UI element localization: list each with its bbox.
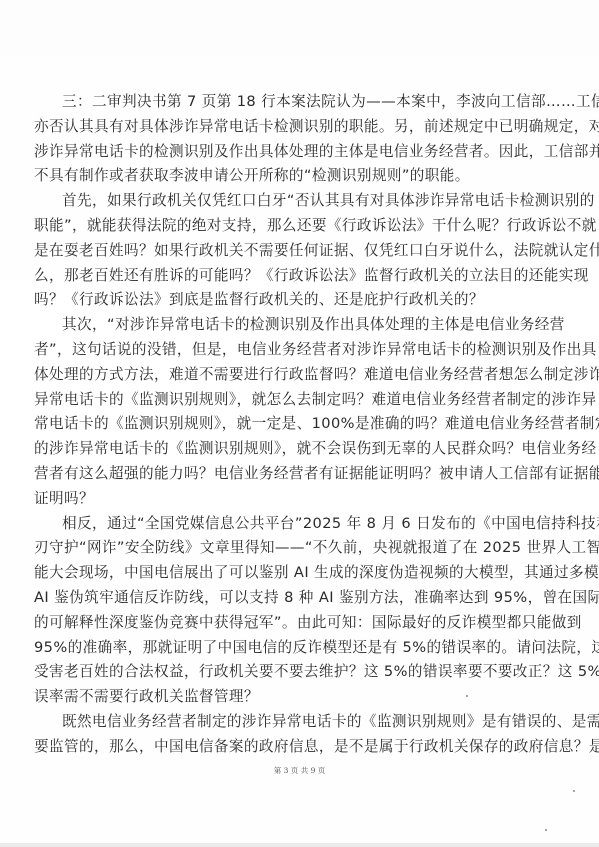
paragraph-3-line-6: 的涉诈异常电话卡的《监测识别规则》，就不会误伤到无辜的人民群众吗？电信业务经 — [34, 437, 564, 462]
paragraph-4-line-8: 误率需不需要行政机关监督管理？ — [34, 685, 564, 710]
paragraph-2-line-1: 首先，如果行政机关仅凭红口白牙“否认其具有对具体涉诈异常电话卡检测识别的 — [34, 189, 564, 214]
document-page: 三：二审判决书第 7 页第 18 行本案法院认为——本案中，李波向工信部……工信… — [0, 0, 599, 847]
paragraph-3-line-1: 其次，“对涉诈异常电话卡的检测识别及作出具体处理的主体是电信业务经营 — [34, 313, 564, 338]
paragraph-4-line-7: 受害老百姓的合法权益，行政机关要不要去维护？这 5%的错误率要不要改正？这 5%… — [34, 660, 564, 685]
paragraph-4-line-5: 的可解释性深度鉴伪竞赛中获得冠军”。由此可知：国际最好的反诈模型都只能做到 — [34, 611, 564, 636]
paragraph-1-line-3: 涉诈异常电话卡的检测识别及作出具体处理的主体是电信业务经营者。因此，工信部并 — [34, 140, 564, 165]
paragraph-2-line-5: 吗？《行政诉讼法》到底是监督行政机关的、还是庇护行政机关的？ — [34, 288, 564, 313]
paragraph-3-line-8: 证明吗？ — [34, 487, 564, 512]
paragraph-1-line-2: 亦否认其具有对具体涉诈异常电话卡检测识别的职能。另，前述规定中已明确规定，对 — [34, 115, 564, 140]
paragraph-1-line-4: 不具有制作或者获取李波申请公开所称的“检测识别规则”的职能。 — [34, 164, 564, 189]
document-body: 三：二审判决书第 7 页第 18 行本案法院认为——本案中，李波向工信部……工信… — [34, 90, 564, 760]
paragraph-2-line-3: 是在耍老百姓吗？如果行政机关不需要任何证据、仅凭红口白牙说什么，法院就认定什 — [34, 239, 564, 264]
paragraph-3-line-3: 体处理的方式方法，难道不需要进行行政监督吗？难道电信业务经营者想怎么制定涉诈 — [34, 363, 564, 388]
scan-bottom-edge — [0, 843, 599, 847]
paragraph-4-line-2: 刃守护“网诈”安全防线》文章里得知——“不久前，央视就报道了在 2025 世界人… — [34, 536, 564, 561]
paragraph-4-line-3: 能大会现场，中国电信展出了可以鉴别 AI 生成的深度伪造视频的大模型，其通过多模… — [34, 561, 564, 586]
paragraph-3-line-7: 营者有这么超强的能力吗？电信业务经营者有证据能证明吗？被申请人工信部有证据能 — [34, 462, 564, 487]
paragraph-3-line-5: 常电话卡的《监测识别规则》，就一定是、100%是准确的吗？难道电信业务经营者制定 — [34, 412, 564, 437]
page-number-footer: 第 3 页 共 9 页 — [0, 765, 599, 776]
paragraph-2-line-2: 职能”，就能获得法院的绝对支持，那么还要《行政诉讼法》干什么呢？行政诉讼不就 — [34, 214, 564, 239]
paragraph-3-line-2: 者”，这句话说的没错，但是，电信业务经营者对涉诈异常电话卡的检测识别及作出具 — [34, 338, 564, 363]
paragraph-4-line-6: 95%的准确率，那就证明了中国电信的反诈模型还是有 5%的错误率的。请问法院，这… — [34, 636, 564, 661]
paragraph-2-line-4: 么，那老百姓还有胜诉的可能吗？《行政诉讼法》监督行政机关的立法目的还能实现 — [34, 264, 564, 289]
paragraph-5-line-2: 要监管的，那么，中国电信备案的政府信息，是不是属于行政机关保存的政府信息？是 — [34, 735, 564, 760]
scan-speck — [573, 790, 575, 792]
paragraph-1-line-1: 三：二审判决书第 7 页第 18 行本案法院认为——本案中，李波向工信部……工信… — [34, 90, 564, 115]
scan-speck — [466, 695, 468, 697]
paragraph-3-line-4: 异常电话卡的《监测识别规则》，就怎么去制定吗？难道电信业务经营者制定的涉诈异 — [34, 388, 564, 413]
paragraph-4-line-4: AI 鉴伪筑牢通信反诈防线，可以支持 8 种 AI 鉴别方法，准确率达到 95%… — [34, 586, 564, 611]
scan-speck — [545, 829, 547, 831]
paragraph-5-line-1: 既然电信业务经营者制定的涉诈异常电话卡的《监测识别规则》是有错误的、是需 — [34, 710, 564, 735]
paragraph-4-line-1: 相反，通过“全国党媒信息公共平台”2025 年 8 月 6 日发布的《中国电信持… — [34, 512, 564, 537]
